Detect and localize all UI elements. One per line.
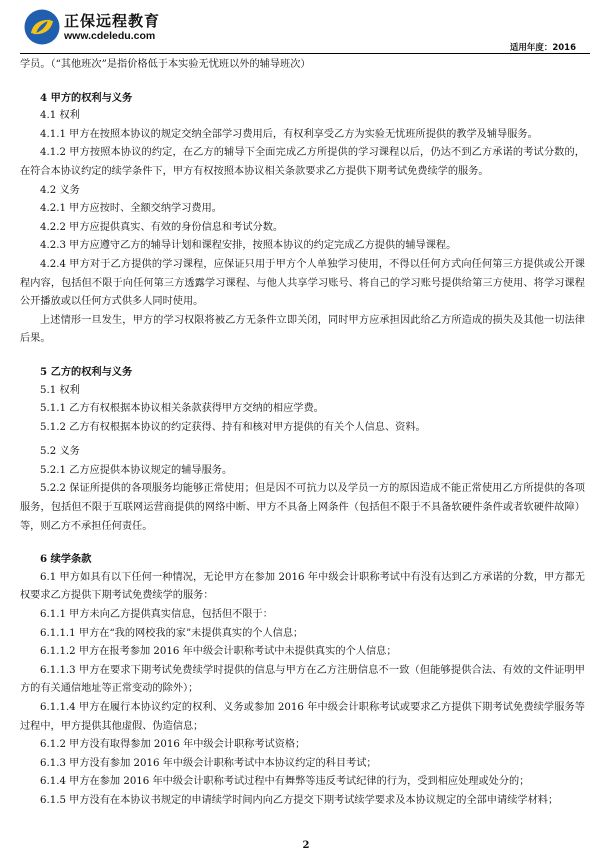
clause-6-1-1-1: 6.1.1.1 甲方在“我的网校我的家”未提供真实的个人信息； <box>20 625 585 644</box>
header-divider <box>20 53 590 54</box>
clause-6-1-3: 6.1.3 甲方没有参加 2016 年中级会计职称考试中本协议约定的科目考试； <box>20 755 585 774</box>
clause-6-1-5: 6.1.5 甲方没有在本协议书规定的申请续学时间内向乙方提交下期考试续学要求及本… <box>20 792 585 811</box>
clause-6-1-1: 6.1.1 甲方未向乙方提供真实信息，包括但不限于： <box>20 606 585 625</box>
clause-6-1: 6.1 甲方如具有以下任何一种情况，无论甲方在参加 2016 年中级会计职称考试… <box>20 569 585 606</box>
clause-6-1-2: 6.1.2 甲方没有取得参加 2016 年中级会计职称考试资格； <box>20 736 585 755</box>
clause-4-2-3: 4.2.3 甲方应遵守乙方的辅导计划和课程安排，按照本协议的约定完成乙方提供的辅… <box>20 237 585 256</box>
clause-4-2-1: 4.2.1 甲方应按时、全额交纳学习费用。 <box>20 200 585 219</box>
document-body: 学员。（“其他班次”是指价格低于本实验无忧班以外的辅导班次） 4 甲方的权利与义… <box>20 56 585 811</box>
paragraph: 学员。（“其他班次”是指价格低于本实验无忧班以外的辅导班次） <box>20 56 585 75</box>
brand-url: www.cdeledu.com <box>64 30 155 42</box>
clause-6-1-4: 6.1.4 甲方在参加 2016 年中级会计职称考试过程中有舞弊等违反考试纪律的… <box>20 773 585 792</box>
clause-4-1-1: 4.1.1 甲方在按照本协议的规定交纳全部学习费用后，有权利享受乙方为实验无忧班… <box>20 126 585 145</box>
section-heading-6: 6 续学条款 <box>20 550 585 569</box>
clause-5-2-2: 5.2.2 保证所提供的各项服务均能够正常使用；但是因不可抗力以及学员一方的原因… <box>20 480 585 536</box>
subsection-heading-4-1: 4.1 权利 <box>20 107 585 126</box>
applicable-year: 适用年度：2016 <box>510 41 576 53</box>
subsection-heading-4-2: 4.2 义务 <box>20 182 585 201</box>
clause-5-2-1: 5.2.1 乙方应提供本协议规定的辅导服务。 <box>20 462 585 481</box>
section-heading-5: 5 乙方的权利与义务 <box>20 363 585 382</box>
clause-6-1-1-3: 6.1.1.3 甲方在要求下期考试免费续学时提供的信息与甲方在乙方注册信息不一致… <box>20 662 585 699</box>
page-header: 正保远程教育 www.cdeledu.com 适用年度：2016 <box>0 0 612 54</box>
page-number: 2 <box>0 840 612 851</box>
clause-4-2-4: 4.2.4 甲方对于乙方提供的学习课程，应保证只用于甲方个人单独学习使用，不得以… <box>20 256 585 312</box>
clause-4-2-note: 上述情形一旦发生，甲方的学习权限将被乙方无条件立即关闭，同时甲方应承担因此给乙方… <box>20 312 585 349</box>
clause-5-1-2: 5.1.2 乙方有权根据本协议的约定获得、持有和核对甲方提供的有关个人信息、资料… <box>20 419 585 438</box>
subsection-heading-5-2: 5.2 义务 <box>20 443 585 462</box>
clause-5-1-1: 5.1.1 乙方有权根据本协议相关条款获得甲方交纳的相应学费。 <box>20 400 585 419</box>
subsection-heading-5-1: 5.1 权利 <box>20 382 585 401</box>
company-logo-icon <box>24 9 60 45</box>
clause-6-1-1-2: 6.1.1.2 甲方在报考参加 2016 年中级会计职称考试中未提供真实的个人信… <box>20 643 585 662</box>
brand-name: 正保远程教育 <box>64 10 160 31</box>
clause-4-2-2: 4.2.2 甲方应提供真实、有效的身份信息和考试分数。 <box>20 219 585 238</box>
clause-6-1-1-4: 6.1.1.4 甲方在履行本协议约定的权利、义务或参加 2016 年中级会计职称… <box>20 699 585 736</box>
clause-4-1-2: 4.1.2 甲方按照本协议的约定，在乙方的辅导下全面完成乙方所提供的学习课程以后… <box>20 144 585 181</box>
section-heading-4: 4 甲方的权利与义务 <box>20 89 585 108</box>
